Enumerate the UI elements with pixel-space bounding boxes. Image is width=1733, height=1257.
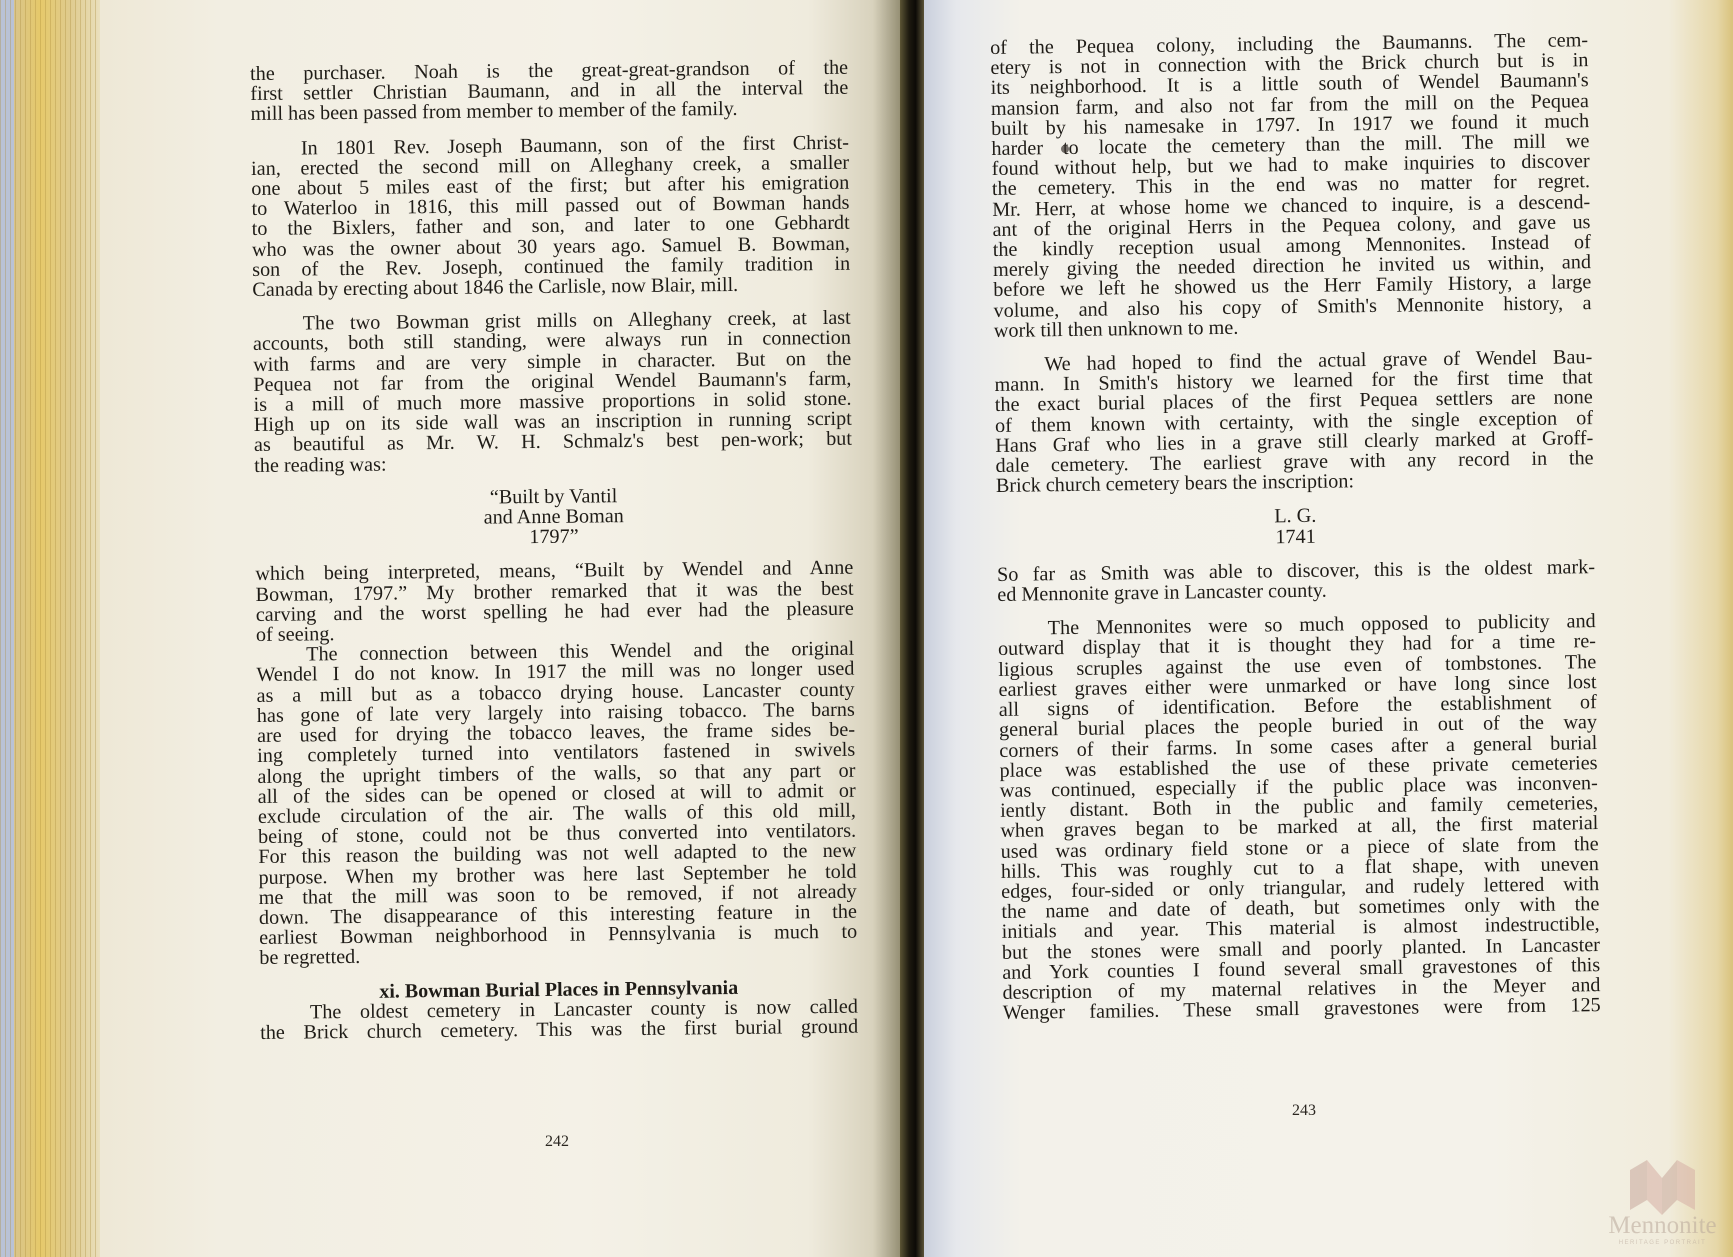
inscription-quote: “Built by Vantiland Anne Boman1797” [254, 484, 853, 551]
right-page-text: of the Pequea colony, including the Baum… [990, 30, 1601, 1023]
paragraph: The Mennonites were so much opposed to p… [998, 611, 1601, 1023]
paragraph: The oldest cemetery in Lancaster county … [260, 996, 858, 1043]
paragraph: The two Bowman grist mills on Alleghany … [253, 308, 853, 476]
paragraph: of the Pequea colony, including the Baum… [990, 30, 1592, 341]
paragraph: the purchaser. Noah is the great-great-g… [250, 58, 849, 125]
paragraph: which being interpreted, means, “Built b… [255, 558, 854, 645]
watermark: Mennonite HERITAGE PORTRAIT [1605, 1160, 1720, 1255]
book-spread: the purchaser. Noah is the great-great-g… [0, 0, 1733, 1257]
left-page-text: the purchaser. Noah is the great-great-g… [250, 58, 858, 1043]
book-gutter [900, 0, 926, 1257]
page-number-right: 243 [1292, 1102, 1316, 1120]
ink-smudge [1061, 145, 1069, 153]
paragraph: The connection between this Wendel and t… [256, 639, 857, 968]
paragraph: In 1801 Rev. Joseph Baumann, son of the … [251, 132, 851, 300]
page-number-left: 242 [545, 1133, 569, 1151]
page-block-edge [0, 0, 110, 1257]
watermark-word: Mennonite [1605, 1212, 1720, 1240]
watermark-subtitle: HERITAGE PORTRAIT [1605, 1240, 1720, 1246]
paragraph: We had hoped to find the actual grave of… [994, 347, 1594, 496]
mennonite-logo-icon [1605, 1160, 1720, 1215]
